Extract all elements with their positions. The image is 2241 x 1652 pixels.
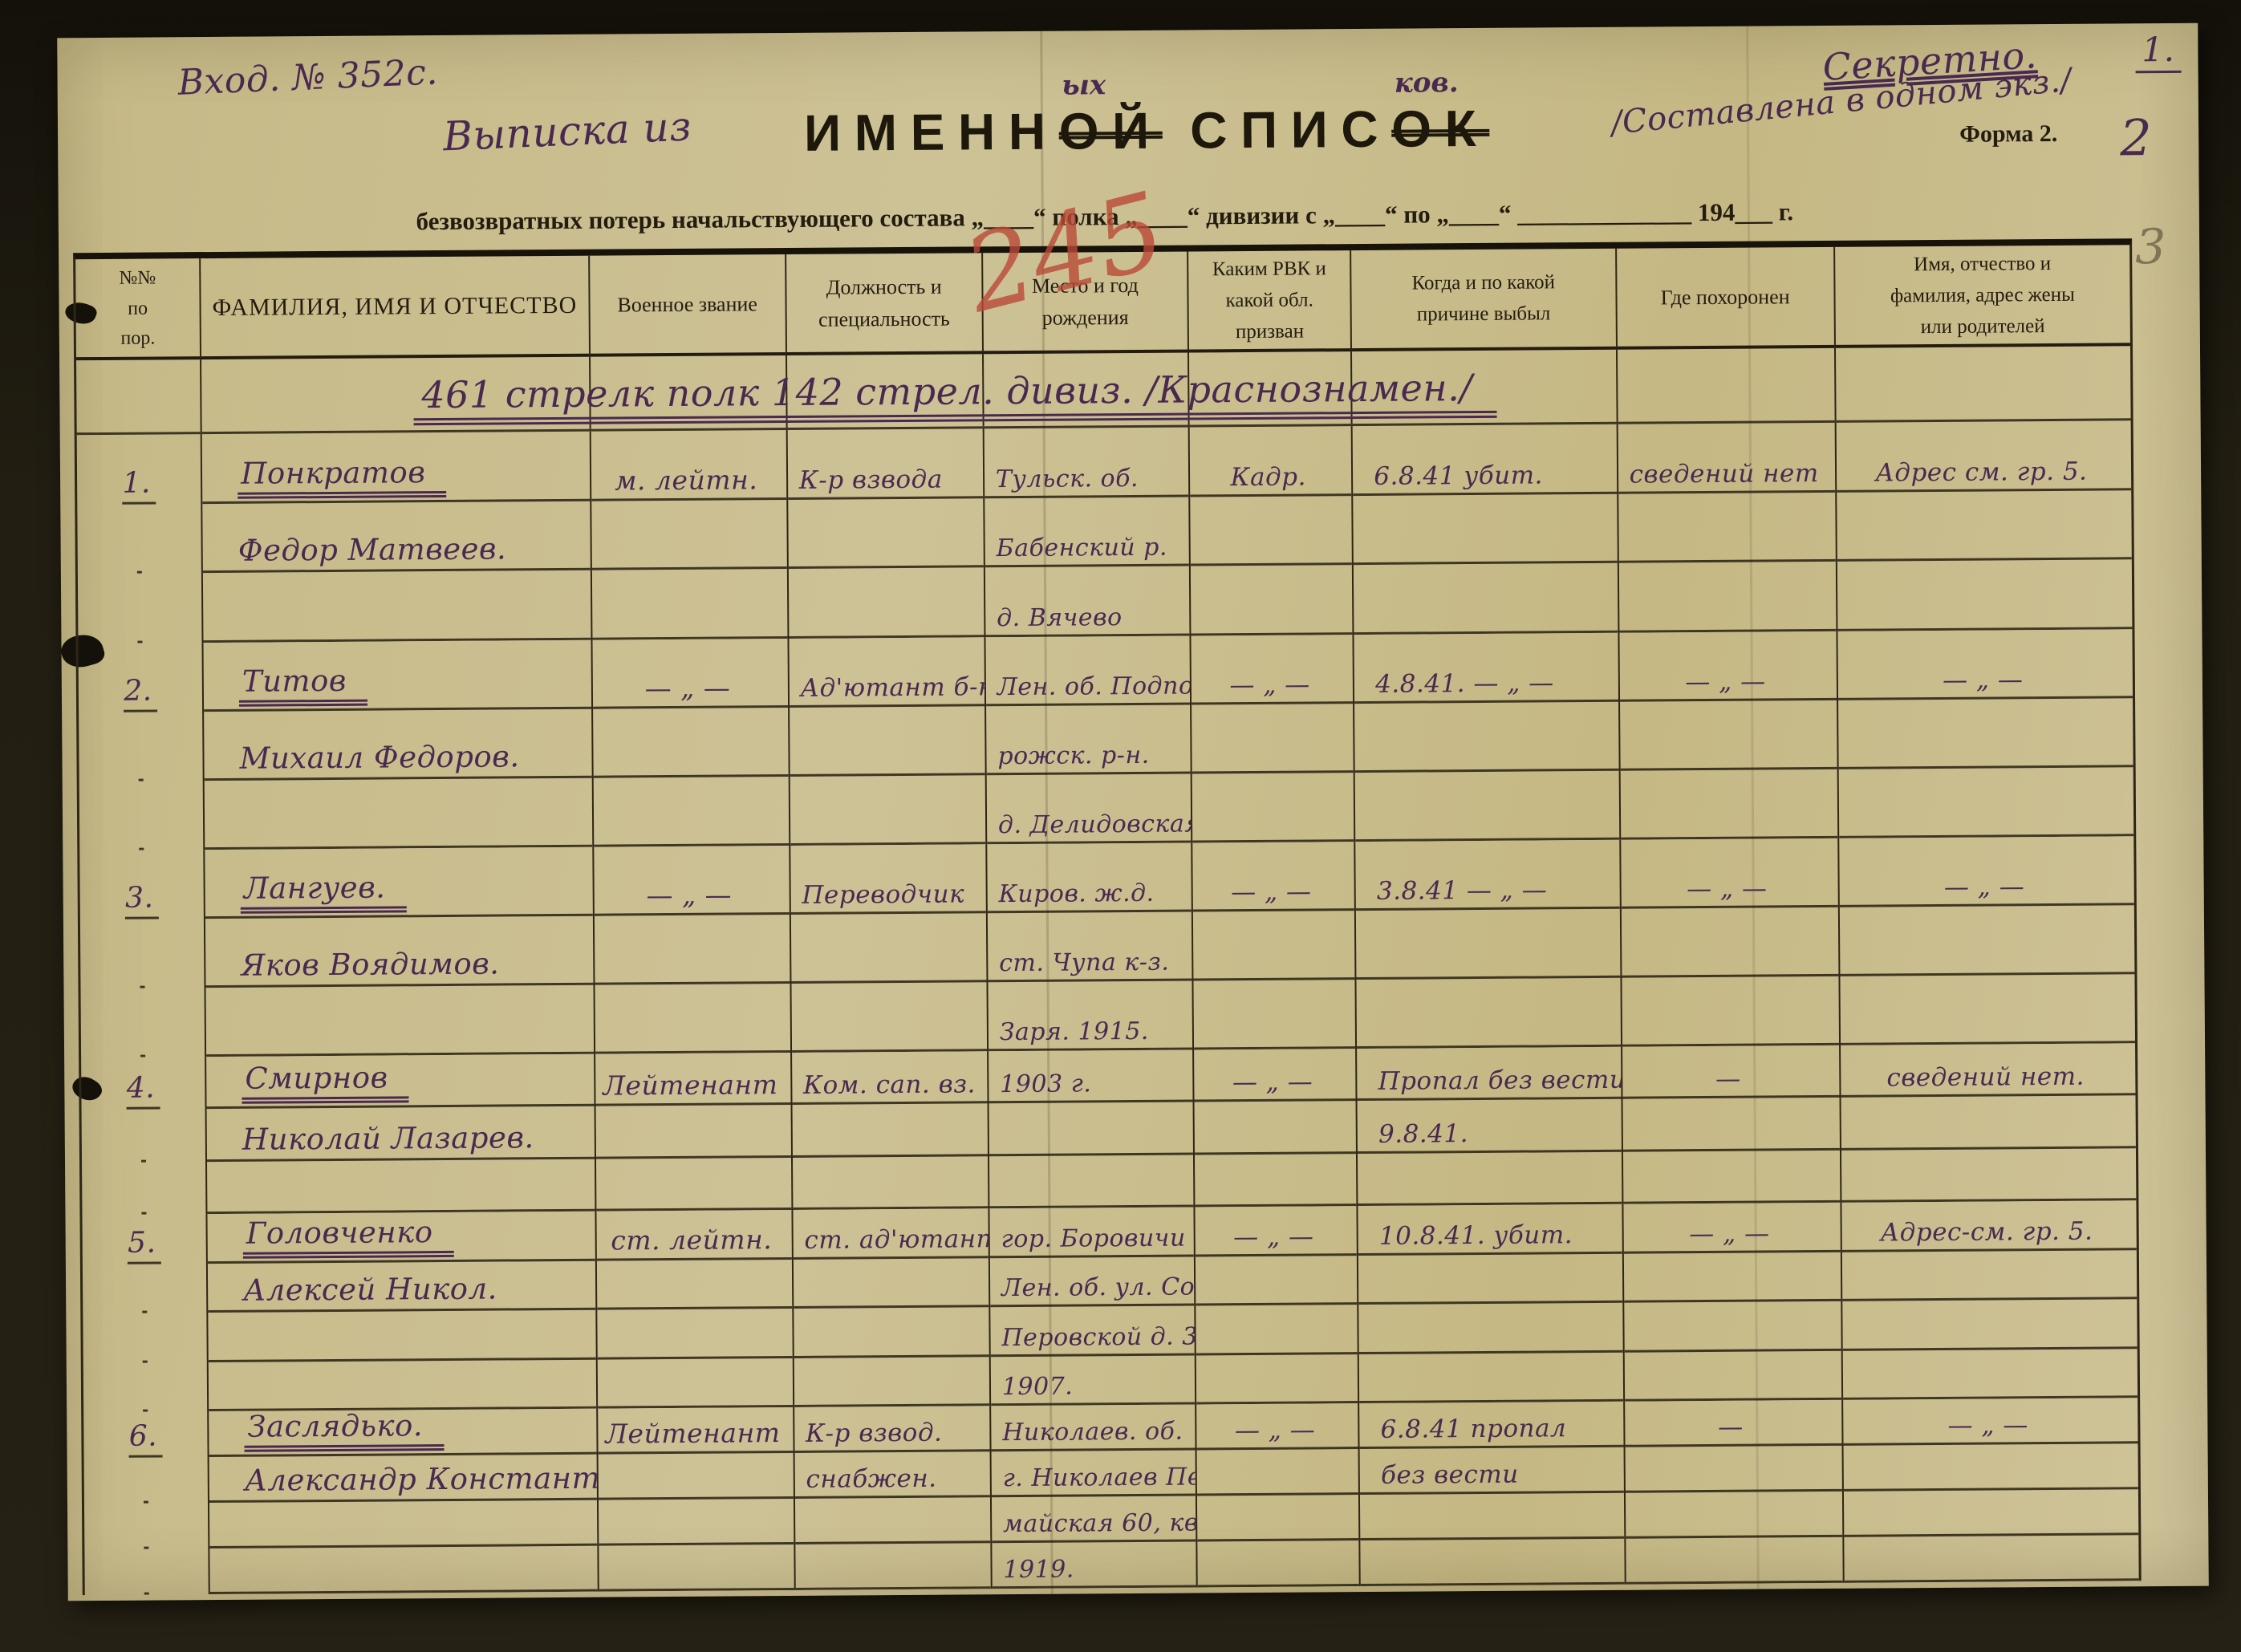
cell-rvk: — „ — bbox=[1196, 1206, 1360, 1404]
ruled-line bbox=[1622, 1098, 1840, 1151]
handwritten-text: Адрес см. гр. 5. bbox=[1875, 457, 2087, 487]
vypiska-note: Выписка из bbox=[442, 103, 692, 160]
ruled-line: ст. Чупа к-з. bbox=[988, 911, 1192, 982]
ruled-line bbox=[142, 1264, 147, 1313]
cell-family: — „ — bbox=[1839, 836, 2135, 1045]
ruled-line: Перовской д. 3-а bbox=[990, 1305, 1195, 1356]
handwritten-text: Николаев. об. bbox=[1002, 1418, 1183, 1447]
cell-num: 3. bbox=[79, 850, 206, 1057]
cell-position: Ад'ютант б-на bbox=[789, 637, 987, 846]
cell-rvk: — „ — bbox=[1194, 1049, 1358, 1207]
ruled-line: Пропал без вести bbox=[1357, 1047, 1621, 1102]
ruled-line: 4.8.41. — „ — bbox=[1354, 633, 1618, 704]
ruled-line bbox=[597, 1309, 793, 1359]
handwritten-text: Заслядько. bbox=[244, 1409, 444, 1452]
handwritten-text: — bbox=[1715, 1065, 1741, 1094]
ruled-line: снабжен. bbox=[794, 1451, 990, 1499]
ruled-line: Алексей Никол. bbox=[208, 1260, 595, 1313]
ruled-line: Головченко bbox=[208, 1212, 595, 1264]
ruled-line bbox=[793, 1156, 989, 1210]
handwritten-text: — „ — bbox=[1689, 1219, 1770, 1248]
ruled-line bbox=[1194, 980, 1356, 1049]
ruled-line: ст. ад'ютант bbox=[793, 1208, 989, 1259]
ruled-line: — „ — bbox=[1837, 629, 2133, 700]
ruled-line bbox=[1621, 907, 1838, 978]
cell-rvk: — „ — bbox=[1196, 1403, 1361, 1587]
ruled-line bbox=[591, 569, 787, 639]
ruled-line bbox=[1838, 767, 2133, 838]
handwritten-text: ст. Чупа к-з. bbox=[999, 948, 1169, 977]
ruled-line bbox=[597, 1358, 793, 1408]
ruled-line bbox=[1838, 698, 2133, 769]
cell-rank: ст. лейтн. bbox=[596, 1210, 794, 1409]
ruled-line: д. Делидовская bbox=[987, 773, 1192, 844]
handwritten-text: — „ — bbox=[1943, 665, 2024, 695]
ruled-line: Ком. сап. вз. bbox=[792, 1051, 988, 1105]
ruled-line bbox=[1357, 978, 1621, 1049]
unit-designation-row: 461 стрелк полк 142 стрел. дивиз. /Красн… bbox=[76, 346, 2131, 435]
ruled-line bbox=[1197, 1495, 1359, 1541]
ruled-line bbox=[1360, 1493, 1624, 1540]
ruled-line bbox=[1840, 974, 2135, 1045]
ruled-line: сведений нет. bbox=[1841, 1043, 2136, 1098]
cell-rvk: Кадр. bbox=[1190, 426, 1354, 635]
ruled-line: Тульск. об. bbox=[984, 428, 1189, 498]
ruled-line: Заслядько. bbox=[209, 1409, 596, 1457]
title-text: ИМЕНН bbox=[804, 103, 1059, 162]
cell-num: 1. bbox=[77, 434, 204, 643]
ruled-line bbox=[595, 984, 790, 1054]
ruled-line bbox=[1841, 1096, 2136, 1151]
ruled-line bbox=[205, 778, 592, 850]
ruled-line bbox=[144, 1458, 148, 1504]
handwritten-text: — „ — bbox=[1235, 1415, 1316, 1445]
handwritten-text: Лен. об. Подпо- bbox=[997, 672, 1193, 701]
ruled-line bbox=[137, 574, 143, 643]
cell-family: — „ — bbox=[1837, 629, 2133, 838]
ruled-line bbox=[1625, 1446, 1842, 1493]
cell-fate: 3.8.41 — „ — bbox=[1355, 840, 1622, 1049]
cell-birth: 1903 г. bbox=[989, 1049, 1196, 1208]
ruled-line: Александр Констант. bbox=[209, 1455, 597, 1503]
ruled-line: гор. Боровичи bbox=[989, 1207, 1194, 1257]
ruled-line bbox=[1618, 493, 1836, 564]
ruled-line: 6. bbox=[129, 1411, 163, 1457]
handwritten-text: Перовской д. 3-а bbox=[1001, 1322, 1196, 1352]
ruled-line: — bbox=[1625, 1400, 1842, 1447]
ruled-line: — „ — bbox=[1623, 1203, 1841, 1253]
cell-birth: Киров. ж.д.ст. Чупа к-з.Заря. 1915. bbox=[987, 842, 1194, 1051]
ruled-line: Лен. об. ул. Софии bbox=[990, 1256, 1195, 1307]
cell-family: сведений нет. bbox=[1841, 1043, 2137, 1203]
ruled-line bbox=[1620, 769, 1837, 840]
ruled-line bbox=[1843, 1443, 2138, 1492]
ruled-line bbox=[794, 1258, 989, 1309]
cell-buried: сведений нет bbox=[1618, 423, 1837, 633]
ruled-line: Лейтенант bbox=[595, 1053, 791, 1106]
ruled-line bbox=[989, 1155, 1194, 1208]
cell-position: ст. ад'ютант bbox=[793, 1208, 991, 1407]
handwritten-text: ст. ад'ютант bbox=[804, 1224, 991, 1255]
cell-num: 2. bbox=[79, 643, 205, 850]
handwritten-text: 6. bbox=[129, 1420, 158, 1453]
ruled-line: 6.8.41 убит. bbox=[1353, 424, 1617, 496]
ruled-line: Николай Лазарев. bbox=[207, 1106, 595, 1162]
handwritten-text: без вести bbox=[1381, 1460, 1519, 1490]
ruled-line: 10.8.41. убит. bbox=[1358, 1204, 1622, 1256]
ruled-line bbox=[795, 1543, 991, 1590]
handwritten-text: — „ — bbox=[1229, 670, 1310, 700]
handwritten-text: — „ — bbox=[1687, 874, 1768, 903]
ruled-line bbox=[144, 1504, 148, 1549]
ruled-line: — „ — bbox=[1192, 842, 1354, 911]
ruled-line bbox=[790, 775, 985, 846]
handwritten-text: 6.8.41 убит. bbox=[1374, 461, 1543, 490]
ruled-line: 6.8.41 пропал bbox=[1359, 1402, 1623, 1449]
handwritten-text: 10.8.41. убит. bbox=[1379, 1220, 1573, 1251]
handwritten-text: Смирнов bbox=[242, 1061, 409, 1104]
ruled-line bbox=[1193, 911, 1355, 980]
handwritten-text: д. Делидовская bbox=[998, 810, 1192, 839]
ruled-line bbox=[143, 1362, 148, 1412]
column-header-number: №№ по пор. bbox=[75, 258, 201, 359]
handwritten-text: Киров. ж.д. bbox=[998, 879, 1154, 908]
column-header-position: Должность и специальность bbox=[786, 253, 984, 354]
handwritten-text: Пропал без вести bbox=[1378, 1065, 1622, 1096]
cell-rank: Лейтенант bbox=[595, 1053, 794, 1212]
ruled-line bbox=[1842, 1349, 2137, 1400]
ruled-line: Титов bbox=[204, 640, 591, 712]
ruled-line: — „ — bbox=[1196, 1206, 1358, 1256]
cell-birth: Тульск. об.Бабенский р.д. Вячево bbox=[984, 427, 1192, 637]
handwritten-text: Алексей Никол. bbox=[243, 1272, 497, 1308]
cell-rvk: — „ — bbox=[1192, 842, 1357, 1049]
ruled-line: Лейтенант bbox=[598, 1407, 794, 1455]
ruled-line bbox=[1844, 1489, 2139, 1537]
page-number-3: 3 bbox=[2135, 219, 2166, 275]
casualty-table: №№ по пор. ФАМИЛИЯ, ИМЯ И ОТЧЕСТВО Военн… bbox=[73, 238, 2142, 1595]
handwritten-text: Ад'ютант б-на bbox=[800, 672, 987, 703]
handwritten-text: 2. bbox=[124, 675, 152, 708]
ruled-line bbox=[596, 1259, 792, 1309]
ruled-line bbox=[1196, 1256, 1358, 1306]
handwritten-text: г. Николаев Перво- bbox=[1003, 1463, 1198, 1492]
ruled-line: рожск. р-н. bbox=[986, 705, 1191, 776]
column-header-name: ФАМИЛИЯ, ИМЯ И ОТЧЕСТВО bbox=[201, 256, 590, 359]
cell-family: Адрес-см. гр. 5. bbox=[1841, 1200, 2137, 1400]
ruled-line bbox=[206, 985, 594, 1057]
ruled-line: — „ — bbox=[1196, 1403, 1358, 1450]
handwritten-text: Тульск. об. bbox=[996, 465, 1139, 493]
cell-rank: — „ — bbox=[594, 846, 792, 1054]
ruled-line bbox=[594, 915, 790, 985]
table-row: 1.ПонкратовФедор Матвеев.м. лейтн.К-р вз… bbox=[77, 420, 2133, 643]
cell-position: К-р взвода bbox=[787, 428, 985, 639]
cell-fate: 6.8.41 пропалбез вести bbox=[1359, 1402, 1626, 1586]
ruled-line bbox=[1356, 909, 1620, 980]
ruled-line bbox=[794, 1357, 989, 1407]
ruled-line bbox=[599, 1544, 794, 1592]
ruled-line bbox=[596, 1158, 792, 1212]
handwritten-text: 6.8.41 пропал bbox=[1380, 1414, 1566, 1444]
handwritten-text: — „ — bbox=[1232, 1068, 1313, 1098]
cell-buried: — „ — bbox=[1623, 1203, 1843, 1402]
ruled-line bbox=[1624, 1350, 1841, 1401]
cell-birth: Николаев. об.г. Николаев Перво-майская 6… bbox=[991, 1404, 1198, 1589]
ruled-line bbox=[1196, 1305, 1358, 1355]
handwritten-text: — „ — bbox=[1685, 667, 1766, 696]
table-row: 4.СмирновНиколай Лазарев.ЛейтенантКом. с… bbox=[81, 1043, 2136, 1215]
handwritten-text: 3. bbox=[125, 882, 154, 915]
handwritten-text: — „ — bbox=[1233, 1222, 1314, 1252]
handwritten-text: 4. bbox=[127, 1072, 156, 1105]
handwritten-text: 1903 г. bbox=[1000, 1070, 1091, 1099]
cell-position: Переводчик bbox=[790, 844, 989, 1053]
ruled-line bbox=[139, 781, 144, 850]
ruled-line bbox=[1837, 560, 2133, 631]
ruled-line: К-р взвод. bbox=[794, 1406, 990, 1453]
handwritten-text: Лейтенант bbox=[603, 1069, 777, 1102]
cell-birth: Лен. об. Подпо-рожск. р-н.д. Делидовская bbox=[985, 635, 1192, 844]
cell-buried: — bbox=[1625, 1400, 1845, 1585]
column-header-buried: Где похоронен bbox=[1617, 247, 1836, 348]
ruled-line: 1907. bbox=[991, 1355, 1196, 1406]
ruled-line bbox=[989, 1102, 1193, 1156]
ruled-line: Заря. 1915. bbox=[988, 980, 1192, 1051]
handwritten-text: Кадр. bbox=[1230, 462, 1306, 492]
cell-num: 4. bbox=[81, 1057, 207, 1215]
handwritten-text: Александр Констант. bbox=[245, 1461, 599, 1498]
ruled-line bbox=[1195, 1154, 1357, 1208]
ruled-line bbox=[1626, 1537, 1843, 1585]
ruled-line bbox=[1353, 493, 1617, 565]
ruled-line: — „ — bbox=[1621, 838, 1838, 909]
cell-position: К-р взвод.снабжен. bbox=[794, 1406, 993, 1590]
cell-rank: — „ — bbox=[592, 639, 790, 847]
handwritten-text: 5. bbox=[128, 1226, 156, 1259]
ruled-line bbox=[209, 1359, 596, 1411]
cell-name: ПонкратовФедор Матвеев. bbox=[202, 432, 592, 643]
column-header-rvk: Каким РВК и какой обл. призван bbox=[1188, 250, 1352, 351]
document-page: Вход. № 352с. 1. Секретно. Выписка из /С… bbox=[57, 23, 2209, 1601]
ruled-line bbox=[1195, 1101, 1357, 1155]
ruled-line: 2. bbox=[124, 643, 157, 712]
ruled-line bbox=[141, 1110, 146, 1162]
handwritten-text: 1. bbox=[122, 466, 151, 499]
cell-num: 5. bbox=[82, 1214, 209, 1412]
ruled-line bbox=[1622, 976, 1839, 1047]
ruled-line bbox=[209, 1546, 597, 1594]
cell-buried: — „ — bbox=[1621, 838, 1841, 1047]
page-number-1: 1. bbox=[2135, 30, 2181, 73]
handwritten-text: Понкратов bbox=[237, 455, 447, 499]
handwritten-text: — bbox=[1718, 1413, 1744, 1442]
ruled-line: — „ — bbox=[594, 846, 790, 916]
ruled-line bbox=[1620, 700, 1837, 771]
ruled-line bbox=[1192, 704, 1354, 773]
incoming-number-note: Вход. № 352с. bbox=[177, 51, 439, 104]
ruled-line: — „ — bbox=[1194, 1049, 1356, 1102]
handwritten-text: Ком. сап. вз. bbox=[803, 1070, 976, 1100]
cell-buried: — „ — bbox=[1619, 631, 1839, 840]
cell-name: Лангуев.Яков Воядимов. bbox=[205, 847, 595, 1057]
ruled-line: сведений нет bbox=[1618, 423, 1835, 494]
ruled-line bbox=[1190, 496, 1352, 566]
ruled-line: д. Вячево bbox=[985, 566, 1190, 637]
ruled-line: 5. bbox=[128, 1214, 161, 1264]
page-number-2: 2 bbox=[2120, 108, 2152, 167]
table-body: 1.ПонкратовФедор Матвеев.м. лейтн.К-р вз… bbox=[77, 420, 2139, 1595]
handwritten-text: 9.8.41. bbox=[1378, 1119, 1468, 1149]
handwritten-text: гор. Боровичи bbox=[1001, 1224, 1185, 1253]
handwritten-text: 1907. bbox=[1002, 1373, 1074, 1402]
cell-rank: м. лейтн. bbox=[591, 430, 789, 640]
table-row: 3.Лангуев.Яков Воядимов.— „ —ПереводчикК… bbox=[79, 836, 2135, 1057]
ruled-line bbox=[142, 1313, 147, 1363]
cell-buried: — bbox=[1622, 1045, 1842, 1204]
handwritten-text: К-р взвода bbox=[799, 465, 943, 494]
cell-position: Ком. сап. вз. bbox=[792, 1051, 990, 1210]
ruled-line: 3. bbox=[125, 850, 159, 919]
ruled-line: — „ — bbox=[1843, 1398, 2138, 1446]
handwritten-text: сведений нет. bbox=[1886, 1062, 2085, 1093]
page-title: ИМЕННОЙых СПИСОКков. bbox=[804, 99, 1490, 163]
ruled-line bbox=[794, 1307, 989, 1358]
handwritten-text: Бабенский р. bbox=[996, 534, 1167, 562]
struck-letters: ОК bbox=[1391, 99, 1490, 158]
ruled-line bbox=[1359, 1352, 1623, 1403]
ruled-line: без вести bbox=[1360, 1447, 1624, 1495]
handwritten-text: снабжен. bbox=[806, 1464, 936, 1494]
handwritten-text: Лен. об. ул. Софии bbox=[1001, 1272, 1196, 1302]
handwritten-text: рожск. р-н. bbox=[997, 741, 1150, 770]
cell-fate: 4.8.41. — „ — bbox=[1354, 633, 1621, 842]
column-header-rank: Военное звание bbox=[590, 254, 787, 355]
table-row: 2.ТитовМихаил Федоров.— „ —Ад'ютант б-на… bbox=[79, 629, 2134, 850]
scan-background: Вход. № 352с. 1. Секретно. Выписка из /С… bbox=[0, 0, 2241, 1652]
ruled-line: Лен. об. Подпо- bbox=[985, 636, 1190, 707]
ruled-line: г. Николаев Перво- bbox=[991, 1450, 1196, 1497]
handwritten-text: Переводчик bbox=[802, 879, 964, 909]
ruled-line bbox=[789, 568, 984, 639]
cell-family: — „ — bbox=[1843, 1398, 2139, 1583]
ruled-line: ст. лейтн. bbox=[596, 1210, 792, 1260]
ruled-line bbox=[1355, 771, 1619, 842]
ruled-line: Яков Воядимов. bbox=[205, 916, 593, 988]
ruled-line bbox=[203, 570, 591, 643]
ruled-line bbox=[598, 1499, 794, 1546]
handwritten-text: — „ — bbox=[1231, 877, 1312, 907]
unit-text-wrap: 461 стрелк полк 142 стрел. дивиз. /Красн… bbox=[76, 346, 2131, 432]
handwritten-text: д. Вячево bbox=[997, 603, 1123, 632]
ruled-line: Михаил Федоров. bbox=[204, 709, 591, 781]
cell-birth: гор. БоровичиЛен. об. ул. СофииПеровской… bbox=[989, 1207, 1196, 1406]
cell-rank: Лейтенант bbox=[598, 1407, 796, 1592]
ruled-line: — „ — bbox=[1619, 631, 1837, 702]
ruled-line bbox=[795, 1497, 991, 1544]
ruled-line bbox=[1361, 1539, 1625, 1586]
ruled-line: Киров. ж.д. bbox=[987, 842, 1192, 913]
ruled-line bbox=[1192, 773, 1354, 842]
cell-name: ГоловченкоАлексей Никол. bbox=[208, 1212, 598, 1411]
handwritten-text: — „ — bbox=[645, 672, 731, 704]
ruled-line: 1903 г. bbox=[989, 1049, 1193, 1103]
ruled-line bbox=[1196, 1354, 1358, 1405]
handwritten-text: К-р взвод. bbox=[806, 1419, 943, 1448]
ruled-line bbox=[144, 1549, 148, 1595]
handwritten-text: сведений нет bbox=[1629, 459, 1818, 489]
ruled-line bbox=[598, 1453, 794, 1500]
handwritten-text: 3.8.41 — „ — bbox=[1377, 875, 1547, 905]
ruled-line bbox=[1625, 1492, 1842, 1539]
ruled-line: Смирнов bbox=[206, 1054, 594, 1110]
ruled-line bbox=[140, 988, 146, 1057]
unit-designation: 461 стрелк полк 142 стрел. дивиз. /Красн… bbox=[413, 366, 1496, 425]
ruled-line bbox=[1354, 702, 1618, 773]
ruled-line bbox=[1622, 1151, 1840, 1204]
ruled-line: Адрес см. гр. 5. bbox=[1836, 420, 2131, 492]
handwritten-text: майская 60, кв. 29. bbox=[1003, 1508, 1198, 1538]
handwritten-text: Головченко bbox=[243, 1214, 454, 1258]
handwritten-text: Михаил Федоров. bbox=[239, 739, 519, 775]
ruled-line bbox=[591, 500, 787, 570]
ruled-line: Федор Матвеев. bbox=[202, 501, 590, 573]
ruled-line bbox=[788, 498, 984, 569]
handwritten-text: Федор Матвеев. bbox=[238, 532, 507, 568]
cell-num: 6. bbox=[83, 1411, 210, 1595]
ruled-line bbox=[1359, 1303, 1623, 1354]
ruled-line bbox=[1623, 1252, 1841, 1302]
ruled-line bbox=[791, 913, 987, 984]
ruled-line bbox=[1842, 1250, 2137, 1301]
ruled-line bbox=[593, 777, 789, 847]
ruled-line: Понкратов bbox=[202, 432, 590, 504]
column-header-family: Имя, отчество и фамилия, адрес жены или … bbox=[1835, 245, 2130, 347]
handwritten-text: Титов bbox=[239, 664, 367, 707]
ruled-line: Николаев. об. bbox=[991, 1404, 1196, 1451]
handwritten-text: Лангуев. bbox=[241, 870, 407, 913]
ruled-line: — „ — bbox=[1192, 635, 1354, 704]
ruled-line bbox=[1354, 563, 1618, 635]
ruled-line: Кадр. bbox=[1190, 426, 1352, 497]
cell-fate: Пропал без вести9.8.41. bbox=[1357, 1047, 1623, 1206]
ruled-line: К-р взвода bbox=[787, 428, 983, 499]
ruled-line: 3.8.41 — „ — bbox=[1355, 840, 1619, 911]
ruled-line bbox=[1191, 565, 1353, 635]
ruled-line bbox=[791, 982, 987, 1053]
struck-letters: ОЙ bbox=[1058, 102, 1163, 160]
handwritten-correction: ых bbox=[1062, 69, 1106, 101]
ruled-line bbox=[209, 1500, 597, 1548]
ruled-line: Ад'ютант б-на bbox=[789, 637, 984, 708]
ruled-line bbox=[1358, 1253, 1622, 1305]
ruled-line: 9.8.41. bbox=[1358, 1099, 1622, 1154]
handwritten-text: Николай Лазарев. bbox=[242, 1120, 534, 1157]
ruled-line bbox=[792, 1104, 988, 1158]
handwritten-text: ст. лейтн. bbox=[611, 1224, 772, 1256]
cell-fate: 6.8.41 убит. bbox=[1353, 424, 1619, 635]
ruled-line: — bbox=[1622, 1045, 1840, 1099]
ruled-line bbox=[1358, 1151, 1622, 1206]
table-row: 6.Заслядько.Александр Констант.Лейтенант… bbox=[83, 1398, 2139, 1595]
cell-family: Адрес см. гр. 5. bbox=[1836, 420, 2132, 631]
ruled-line: Переводчик bbox=[790, 844, 986, 915]
ruled-line: 1919. bbox=[992, 1541, 1196, 1589]
ruled-line bbox=[1197, 1449, 1359, 1496]
ruled-line bbox=[790, 706, 985, 777]
handwritten-text: — „ — bbox=[646, 879, 732, 911]
ruled-line bbox=[1840, 905, 2135, 976]
